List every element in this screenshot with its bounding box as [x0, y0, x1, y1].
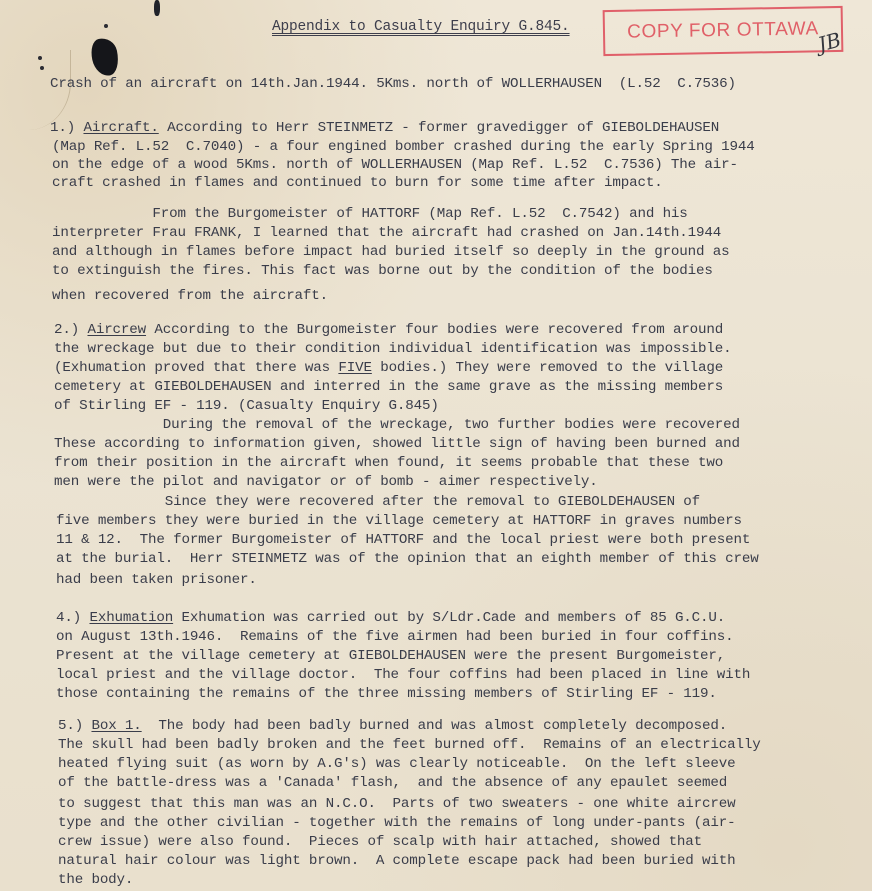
- text-line: to extinguish the fires. This fact was b…: [52, 263, 713, 279]
- text-line: had been taken prisoner.: [56, 572, 257, 588]
- section-heading: Exhumation: [89, 610, 173, 626]
- text-line: of Stirling EF - 119. (Casualty Enquiry …: [54, 398, 439, 414]
- section-1-line-1: 1.) Aircraft. According to Herr STEINMET…: [50, 120, 719, 136]
- section-number: 2.): [54, 322, 79, 338]
- text-fragment: (Exhumation proved that there was: [54, 360, 338, 376]
- text-line: local priest and the village doctor. The…: [56, 667, 750, 683]
- text-line: to suggest that this man was an N.C.O. P…: [58, 796, 735, 812]
- ink-spot: [38, 56, 42, 60]
- text-line: at the burial. Herr STEINMETZ was of the…: [56, 551, 759, 567]
- text-line: on the edge of a wood 5Kms. north of WOL…: [52, 157, 738, 173]
- text-line: type and the other civilian - together w…: [58, 815, 735, 831]
- text-line: (Map Ref. L.52 C.7040) - a four engined …: [52, 139, 755, 155]
- subject-line: Crash of an aircraft on 14th.Jan.1944. 5…: [50, 76, 736, 92]
- text-line: heated flying suit (as worn by A.G's) wa…: [58, 756, 735, 772]
- section-number: 5.): [58, 718, 83, 734]
- text-line: The skull had been badly broken and the …: [58, 737, 761, 753]
- ink-spot: [40, 66, 44, 70]
- text-line: the wreckage but due to their condition …: [54, 341, 731, 357]
- text-line: of the battle-dress was a 'Canada' flash…: [58, 775, 727, 791]
- text-line: craft crashed in flames and continued to…: [52, 175, 663, 191]
- document-title: Appendix to Casualty Enquiry G.845.: [272, 19, 570, 35]
- section-2-line-1: 2.) Aircrew According to the Burgomeiste…: [54, 322, 723, 338]
- text-line: These according to information given, sh…: [54, 436, 740, 452]
- text-line: from their position in the aircraft when…: [54, 455, 723, 471]
- text-line: those containing the remains of the thre…: [56, 686, 717, 702]
- text-line: Present at the village cemetery at GIEBO…: [56, 648, 725, 664]
- section-number: 4.): [56, 610, 81, 626]
- text-line: the body.: [58, 872, 133, 888]
- section-heading: Box 1.: [91, 718, 141, 734]
- text-line: natural hair colour was light brown. A c…: [58, 853, 735, 869]
- text-line: During the removal of the wreckage, two …: [54, 417, 740, 433]
- paper-hole: [154, 0, 160, 16]
- text-line: According to Herr STEINMETZ - former gra…: [159, 120, 719, 136]
- text-line: and although in flames before impact had…: [52, 244, 729, 260]
- emphasis-five: FIVE: [338, 360, 371, 376]
- text-line: Since they were recovered after the remo…: [56, 494, 700, 510]
- text-line: According to the Burgomeister four bodie…: [146, 322, 723, 338]
- text-line: crew issue) were also found. Pieces of s…: [58, 834, 702, 850]
- stamp-text: COPY FOR OTTAWA: [627, 18, 819, 43]
- text-line: when recovered from the aircraft.: [52, 288, 328, 304]
- text-fragment: bodies.) They were removed to the villag…: [372, 360, 723, 376]
- text-line: cemetery at GIEBOLDEHAUSEN and interred …: [54, 379, 723, 395]
- ink-spot: [104, 24, 108, 28]
- section-heading: Aircraft.: [83, 120, 158, 136]
- text-line: five members they were buried in the vil…: [56, 513, 742, 529]
- text-line: From the Burgomeister of HATTORF (Map Re…: [52, 206, 688, 222]
- copy-stamp: COPY FOR OTTAWA: [603, 6, 844, 56]
- text-line: on August 13th.1946. Remains of the five…: [56, 629, 733, 645]
- text-line: Exhumation was carried out by S/Ldr.Cade…: [173, 610, 725, 626]
- section-5-line-1: 5.) Box 1. The body had been badly burne…: [58, 718, 727, 734]
- section-number: 1.): [50, 120, 75, 136]
- section-4-line-1: 4.) Exhumation Exhumation was carried ou…: [56, 610, 725, 626]
- text-line: 11 & 12. The former Burgomeister of HATT…: [56, 532, 750, 548]
- section-heading: Aircrew: [87, 322, 146, 338]
- text-line: (Exhumation proved that there was FIVE b…: [54, 360, 723, 376]
- text-line: men were the pilot and navigator or of b…: [54, 474, 598, 490]
- text-line: interpreter Frau FRANK, I learned that t…: [52, 225, 721, 241]
- text-line: The body had been badly burned and was a…: [142, 718, 727, 734]
